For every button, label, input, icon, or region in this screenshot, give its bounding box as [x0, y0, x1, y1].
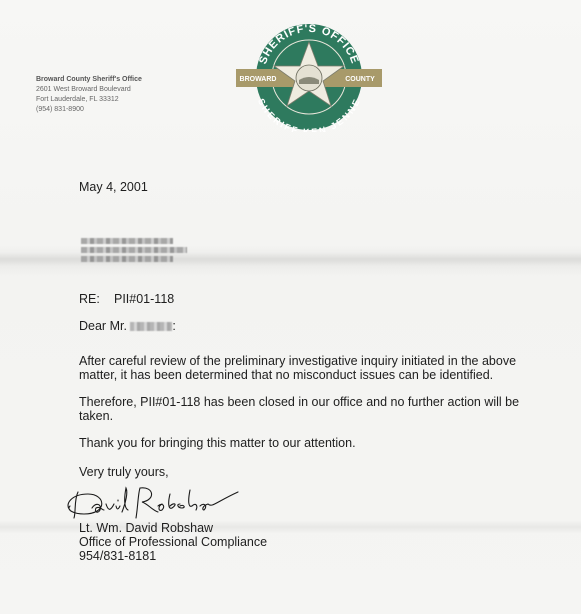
- reference-number: PII#01-118: [114, 292, 174, 306]
- seal-band-left: BROWARD: [240, 76, 277, 83]
- reference-label: RE:: [79, 292, 114, 306]
- salutation-suffix: :: [172, 319, 175, 333]
- seal-band-right: COUNTY: [345, 76, 375, 83]
- signature-block: Lt. Wm. David Robshaw Office of Professi…: [79, 521, 267, 563]
- letterhead-address-line1: 2601 West Broward Boulevard: [36, 85, 142, 95]
- signer-phone: 954/831-8181: [79, 549, 267, 563]
- paragraph-closure: Therefore, PII#01-118 has been closed in…: [79, 395, 549, 423]
- letterhead-address-line2: Fort Lauderdale, FL 33312: [36, 95, 142, 105]
- salutation-prefix: Dear Mr.: [79, 319, 127, 333]
- letter-date: May 4, 2001: [79, 180, 148, 194]
- letterhead-phone: (954) 831-8900: [36, 105, 142, 115]
- letterhead-organization: Broward County Sheriff's Office: [36, 75, 142, 85]
- reference-line: RE:PII#01-118: [79, 292, 174, 306]
- salutation: Dear Mr. :: [79, 319, 176, 333]
- letterhead-address: Broward County Sheriff's Office 2601 Wes…: [36, 75, 142, 115]
- closing: Very truly yours,: [79, 465, 169, 479]
- signer-name: Lt. Wm. David Robshaw: [79, 521, 267, 535]
- sheriff-seal-logo: SHERIFF'S OFFICE SHERIFF KEN JENNE BROWA…: [236, 22, 382, 132]
- redacted-recipient-address: [81, 238, 187, 265]
- paragraph-findings: After careful review of the preliminary …: [79, 354, 549, 382]
- redacted-recipient-name: [130, 322, 172, 331]
- handwritten-signature: [62, 480, 242, 522]
- letter-page: Broward County Sheriff's Office 2601 Wes…: [0, 0, 581, 614]
- signer-office: Office of Professional Compliance: [79, 535, 267, 549]
- paragraph-thanks: Thank you for bringing this matter to ou…: [79, 436, 356, 450]
